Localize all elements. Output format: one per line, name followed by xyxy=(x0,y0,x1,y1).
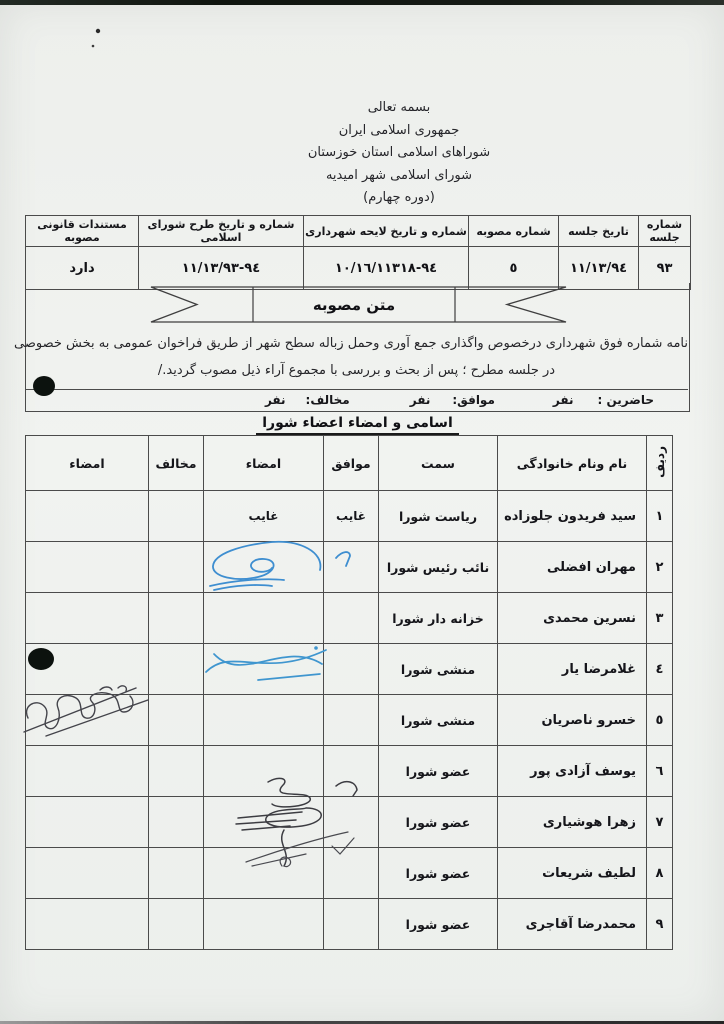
ink-speck xyxy=(92,45,95,48)
member-agree xyxy=(324,797,379,848)
col-header-name: نام ونام خانوادگی xyxy=(498,436,647,491)
member-position: عضو شورا xyxy=(379,746,498,797)
meta-header-row: شماره جلسه تاریخ جلسه شماره مصوبه شماره … xyxy=(26,216,691,247)
scan-edge-top xyxy=(0,0,724,5)
member-oppose-sign xyxy=(26,644,149,695)
member-name: محمدرضا آقاجری xyxy=(498,899,647,950)
present-value: نفر xyxy=(553,393,574,407)
republic-line: جمهوری اسلامی ایران xyxy=(258,120,540,143)
resolution-body-line-1: نامه شماره فوق شهرداری درخصوص واگذاری جم… xyxy=(25,330,688,357)
member-row: ۲ مهران افضلی نائب رئیس شورا xyxy=(26,542,673,593)
member-agree-sign xyxy=(204,848,324,899)
member-agree-sign xyxy=(204,593,324,644)
member-agree xyxy=(324,593,379,644)
oppose-label: مخالف: xyxy=(306,393,350,407)
member-agree xyxy=(324,542,379,593)
meta-header-session-date: تاریخ جلسه xyxy=(559,216,639,247)
member-no: ٥ xyxy=(647,695,673,746)
member-no: ٦ xyxy=(647,746,673,797)
member-oppose xyxy=(149,797,204,848)
member-no: ۳ xyxy=(647,593,673,644)
col-header-oppose-sign: امضاء xyxy=(26,436,149,491)
col-header-oppose: مخالف xyxy=(149,436,204,491)
member-position: منشی شورا xyxy=(379,695,498,746)
member-oppose-sign xyxy=(26,593,149,644)
member-oppose xyxy=(149,644,204,695)
member-row: ٦ یوسف آزادی پور عضو شورا xyxy=(26,746,673,797)
member-row: ۹ محمدرضا آقاجری عضو شورا xyxy=(26,899,673,950)
besmele-line: بسمه تعالی xyxy=(258,97,540,120)
province-councils-line: شوراهای اسلامی استان خوزستان xyxy=(258,142,540,165)
member-position: عضو شورا xyxy=(379,797,498,848)
member-position: عضو شورا xyxy=(379,899,498,950)
member-name: زهرا هوشیاری xyxy=(498,797,647,848)
city-council-line: شورای اسلامی شهر امیدیه xyxy=(258,165,540,188)
member-oppose-sign xyxy=(26,491,149,542)
scanned-council-resolution-page: بسمه تعالی جمهوری اسلامی ایران شوراهای ا… xyxy=(0,0,724,1024)
member-name: خسرو ناصریان xyxy=(498,695,647,746)
meta-header-bill: شماره و تاریخ لایحه شهرداری xyxy=(304,216,469,247)
member-oppose-sign xyxy=(26,848,149,899)
member-name: لطیف شریعات xyxy=(498,848,647,899)
resolution-banner-ribbon: متن مصوبه xyxy=(150,286,567,324)
member-row: ۳ نسرین محمدی خزانه دار شورا xyxy=(26,593,673,644)
oppose-value: نفر xyxy=(265,393,286,407)
member-oppose-sign xyxy=(26,899,149,950)
agree-label: موافق: xyxy=(452,393,495,407)
member-oppose xyxy=(149,746,204,797)
member-agree xyxy=(324,695,379,746)
member-name: سید فریدون جلوزاده xyxy=(498,491,647,542)
member-no: ٤ xyxy=(647,644,673,695)
member-agree-sign xyxy=(204,542,324,593)
members-table: ردیف نام ونام خانوادگی سمت موافق امضاء م… xyxy=(25,435,673,950)
agree-value: نفر xyxy=(410,393,431,407)
member-oppose-sign xyxy=(26,695,149,746)
col-header-agree-sign: امضاء xyxy=(204,436,324,491)
col-header-position: سمت xyxy=(379,436,498,491)
members-section-title: اسامی و امضاء اعضاء شورا xyxy=(25,412,690,435)
member-oppose-sign xyxy=(26,746,149,797)
member-name: مهران افضلی xyxy=(498,542,647,593)
members-header-row: ردیف نام ونام خانوادگی سمت موافق امضاء م… xyxy=(26,436,673,491)
member-position: نائب رئیس شورا xyxy=(379,542,498,593)
member-position: عضو شورا xyxy=(379,848,498,899)
present-label: حاضرین : xyxy=(598,393,655,407)
member-agree-sign xyxy=(204,644,324,695)
member-no: ۸ xyxy=(647,848,673,899)
member-agree: غایب xyxy=(324,491,379,542)
member-oppose xyxy=(149,695,204,746)
member-agree-sign xyxy=(204,746,324,797)
member-row: ۸ لطیف شریعات عضو شورا xyxy=(26,848,673,899)
member-no: ۱ xyxy=(647,491,673,542)
member-oppose xyxy=(149,491,204,542)
member-agree xyxy=(324,848,379,899)
member-row: ٥ خسرو ناصریان منشی شورا xyxy=(26,695,673,746)
session-meta-table: شماره جلسه تاریخ جلسه شماره مصوبه شماره … xyxy=(25,215,691,290)
member-no: ۹ xyxy=(647,899,673,950)
member-position: منشی شورا xyxy=(379,644,498,695)
meta-header-legal-docs: مستندات قانونی مصوبه xyxy=(26,216,139,247)
member-agree-sign: غایب xyxy=(204,491,324,542)
member-position: خزانه دار شورا xyxy=(379,593,498,644)
letterhead: بسمه تعالی جمهوری اسلامی ایران شوراهای ا… xyxy=(258,97,540,210)
member-oppose xyxy=(149,848,204,899)
member-oppose xyxy=(149,593,204,644)
member-agree xyxy=(324,746,379,797)
col-header-row-no: ردیف xyxy=(647,436,673,491)
member-name: نسرین محمدی xyxy=(498,593,647,644)
resolution-banner-label: متن مصوبه xyxy=(313,296,395,314)
meta-header-plan: شماره و تاریخ طرح شورای اسلامی xyxy=(139,216,304,247)
attendance-row: حاضرین : نفر موافق: نفر مخالف: نفر xyxy=(25,389,688,410)
member-agree-sign xyxy=(204,695,324,746)
member-oppose xyxy=(149,542,204,593)
member-row: ۷ زهرا هوشیاری عضو شورا xyxy=(26,797,673,848)
member-row: ۱ سید فریدون جلوزاده ریاست شورا غایب غای… xyxy=(26,491,673,542)
member-agree-sign xyxy=(204,899,324,950)
col-header-agree: موافق xyxy=(324,436,379,491)
resolution-body: نامه شماره فوق شهرداری درخصوص واگذاری جم… xyxy=(25,330,688,384)
ink-speck xyxy=(96,29,100,33)
member-oppose xyxy=(149,899,204,950)
member-oppose-sign xyxy=(26,797,149,848)
member-row: ٤ غلامرضا یار منشی شورا xyxy=(26,644,673,695)
term-line: (دوره چهارم) xyxy=(258,187,540,210)
member-oppose-sign xyxy=(26,542,149,593)
member-agree-sign xyxy=(204,797,324,848)
meta-header-resolution-no: شماره مصوبه xyxy=(469,216,559,247)
meta-header-session-no: شماره جلسه xyxy=(639,216,691,247)
resolution-body-line-2: در جلسه مطرح ؛ پس از بحث و بررسی با مجمو… xyxy=(25,357,688,384)
member-agree xyxy=(324,644,379,695)
member-position: ریاست شورا xyxy=(379,491,498,542)
member-name: غلامرضا یار xyxy=(498,644,647,695)
member-agree xyxy=(324,899,379,950)
member-name: یوسف آزادی پور xyxy=(498,746,647,797)
member-no: ۲ xyxy=(647,542,673,593)
member-no: ۷ xyxy=(647,797,673,848)
